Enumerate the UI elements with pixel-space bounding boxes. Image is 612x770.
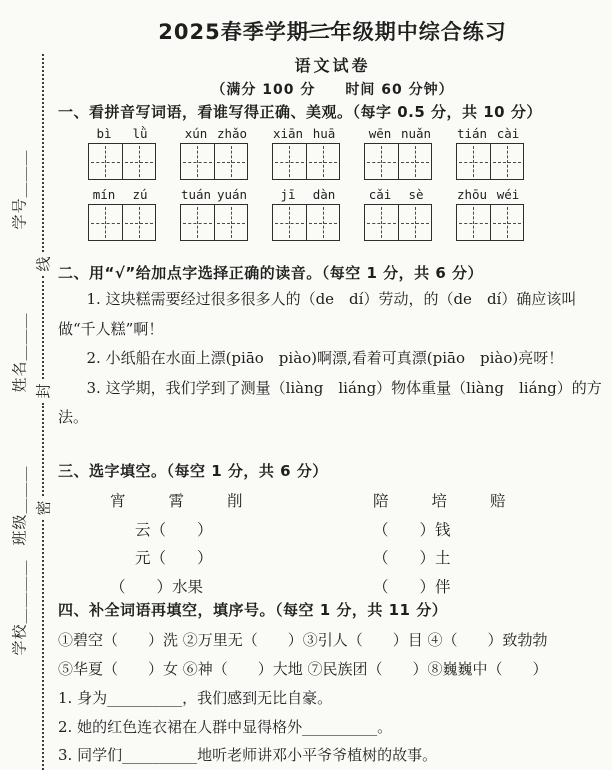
right-choice-chars: 陪 培 赔 bbox=[373, 487, 607, 516]
section2-item-3: 3. 这学期，我们学到了测量（liàng liáng）物体重量（liàng li… bbox=[58, 374, 607, 433]
section2-items: 1. 这块糕需要经过很多很多人的（de dí）劳动，的（de dí）确应该叫做“… bbox=[58, 285, 607, 433]
writing-cell[interactable] bbox=[122, 144, 156, 179]
writing-cell[interactable] bbox=[89, 205, 122, 240]
seal-line-segment bbox=[42, 54, 44, 252]
pinyin-word: bìlǜ bbox=[86, 126, 158, 180]
student-name-field: 姓名＿＿＿ bbox=[9, 283, 30, 423]
choice-char: 培 bbox=[432, 487, 448, 516]
sentence-blank-1: 1. 身为__________，我们感到无比自豪。 bbox=[58, 684, 607, 713]
pinyin-word: jīdàn bbox=[270, 187, 342, 241]
seal-char-xian: 线 bbox=[32, 256, 54, 271]
pinyin-word: tiáncài bbox=[454, 126, 526, 180]
writing-cell[interactable] bbox=[306, 144, 340, 179]
writing-grid[interactable] bbox=[364, 143, 432, 180]
writing-grid[interactable] bbox=[456, 143, 524, 180]
pinyin-grid-row-1: bìlǜ xúnzhǎo xiānhuā wēnnuǎn tiáncài bbox=[86, 126, 526, 180]
pinyin-word: zhōuwéi bbox=[454, 187, 526, 241]
pinyin-label: jīdàn bbox=[270, 187, 342, 202]
writing-grid[interactable] bbox=[272, 204, 340, 241]
section1-heading: 一、看拼音写词语，看谁写得正确、美观。（每字 0.5 分，共 10 分） bbox=[58, 101, 542, 122]
section3-heading: 三、选字填空。（每空 1 分，共 6 分） bbox=[58, 460, 328, 481]
pinyin-label: tiáncài bbox=[454, 126, 526, 141]
writing-cell[interactable] bbox=[181, 144, 214, 179]
seal-line-segment bbox=[42, 276, 44, 379]
choice-char: 赔 bbox=[490, 487, 506, 516]
pinyin-word: cǎisè bbox=[362, 187, 434, 241]
pinyin-word: xiānhuā bbox=[270, 126, 342, 180]
writing-cell[interactable] bbox=[122, 205, 156, 240]
seal-line-segment bbox=[42, 520, 44, 770]
sentence-blank-2: 2. 她的红色连衣裙在人群中显得格外__________。 bbox=[58, 713, 607, 742]
choice-char: 削 bbox=[227, 487, 243, 516]
section3-body: 宵 霄 削 陪 培 赔 云（ ） （ ）钱 元（ ） （ ）土 （ ）水 bbox=[58, 487, 607, 601]
title-struck-grade: 二 bbox=[309, 16, 331, 46]
pinyin-grid-row-2: mínzú tuányuán jīdàn cǎisè zhōuwéi bbox=[86, 187, 526, 241]
fill-blank-left: （ ）水果 bbox=[58, 573, 373, 602]
seal-line: 线 封 密 bbox=[41, 54, 45, 770]
pinyin-label: xiānhuā bbox=[270, 126, 342, 141]
writing-cell[interactable] bbox=[214, 205, 248, 240]
section2-item-2: 2. 小纸船在水面上漂(piāo piào)啊漂,看着可真漂(piāo piào… bbox=[58, 344, 607, 374]
fill-blank-row: （ ）水果 （ ）伴 bbox=[58, 573, 607, 602]
fill-blank-right: （ ）伴 bbox=[373, 573, 607, 602]
writing-cell[interactable] bbox=[398, 144, 432, 179]
choice-char: 陪 bbox=[373, 487, 389, 516]
writing-cell[interactable] bbox=[490, 144, 524, 179]
writing-grid[interactable] bbox=[272, 143, 340, 180]
pinyin-word: tuányuán bbox=[178, 187, 250, 241]
choice-char: 宵 bbox=[110, 487, 126, 516]
writing-cell[interactable] bbox=[490, 205, 524, 240]
seal-line-segment bbox=[42, 403, 44, 496]
section2-heading: 二、用“√”给加点字选择正确的读音。（每空 1 分，共 6 分） bbox=[58, 262, 483, 283]
choice-characters-row: 宵 霄 削 陪 培 赔 bbox=[58, 487, 607, 516]
pinyin-label: zhōuwéi bbox=[454, 187, 526, 202]
writing-cell[interactable] bbox=[457, 205, 490, 240]
writing-grid[interactable] bbox=[364, 204, 432, 241]
student-id-field: 学号＿＿＿ bbox=[9, 120, 30, 260]
writing-grid[interactable] bbox=[180, 204, 248, 241]
pinyin-label: bìlǜ bbox=[86, 126, 158, 141]
page-title: 2025春季学期二年级期中综合练习 bbox=[58, 16, 607, 46]
seal-char-feng: 封 bbox=[32, 383, 54, 398]
fill-blank-row: 云（ ） （ ）钱 bbox=[58, 516, 607, 545]
writing-grid[interactable] bbox=[88, 204, 156, 241]
pinyin-label: tuányuán bbox=[178, 187, 250, 202]
writing-grid[interactable] bbox=[88, 143, 156, 180]
choice-char: 霄 bbox=[169, 487, 185, 516]
fill-blank-right: （ ）钱 bbox=[373, 516, 607, 545]
seal-char-mi: 密 bbox=[32, 500, 54, 515]
writing-cell[interactable] bbox=[273, 205, 306, 240]
writing-cell[interactable] bbox=[181, 205, 214, 240]
title-suffix: 年级期中综合练习 bbox=[331, 20, 507, 44]
fill-blank-row: 元（ ） （ ）土 bbox=[58, 544, 607, 573]
section4-fill-lines: 1. 身为__________，我们感到无比自豪。 2. 她的红色连衣裙在人群中… bbox=[58, 684, 607, 770]
subject-subtitle: 语文试卷 bbox=[58, 53, 607, 76]
pinyin-word: mínzú bbox=[86, 187, 158, 241]
writing-cell[interactable] bbox=[457, 144, 490, 179]
section2-item-1: 1. 这块糕需要经过很多很多人的（de dí）劳动，的（de dí）确应该叫做“… bbox=[58, 285, 607, 344]
pinyin-word: xúnzhǎo bbox=[178, 126, 250, 180]
writing-cell[interactable] bbox=[89, 144, 122, 179]
pinyin-label: xúnzhǎo bbox=[178, 126, 250, 141]
pinyin-label: cǎisè bbox=[362, 187, 434, 202]
writing-cell[interactable] bbox=[214, 144, 248, 179]
left-choice-chars: 宵 霄 削 bbox=[58, 487, 373, 516]
fill-blank-right: （ ）土 bbox=[373, 544, 607, 573]
fill-blank-left: 云（ ） bbox=[58, 516, 373, 545]
writing-cell[interactable] bbox=[273, 144, 306, 179]
sentence-blank-3: 3. 同学们__________地听老师讲邓小平爷爷植树的故事。 bbox=[58, 741, 607, 770]
fill-blank-left: 元（ ） bbox=[58, 544, 373, 573]
pinyin-label: wēnnuǎn bbox=[362, 126, 434, 141]
section4-heading: 四、补全词语再填空，填序号。（每空 1 分，共 11 分） bbox=[58, 599, 447, 620]
score-time-meta: （满分 100 分 时间 60 分钟） bbox=[58, 79, 607, 99]
pinyin-label: mínzú bbox=[86, 187, 158, 202]
school-field: 学校＿＿＿＿ bbox=[9, 538, 30, 678]
section4-idiom-lines: ①碧空（ ）洗 ②万里无（ ）③引人（ ）目 ④（ ）致勃勃 ⑤华夏（ ）女 ⑥… bbox=[58, 626, 607, 683]
exam-sheet: 学号＿＿＿ 姓名＿＿＿ 班级＿＿＿ 学校＿＿＿＿ 线 封 密 2025春季学期二… bbox=[0, 0, 612, 770]
writing-grid[interactable] bbox=[180, 143, 248, 180]
writing-cell[interactable] bbox=[365, 205, 398, 240]
idiom-line-2: ⑤华夏（ ）女 ⑥神（ ）大地 ⑦民族团（ ）⑧巍巍中（ ） bbox=[58, 655, 607, 684]
writing-cell[interactable] bbox=[306, 205, 340, 240]
idiom-line-1: ①碧空（ ）洗 ②万里无（ ）③引人（ ）目 ④（ ）致勃勃 bbox=[58, 626, 607, 655]
writing-cell[interactable] bbox=[398, 205, 432, 240]
writing-grid[interactable] bbox=[456, 204, 524, 241]
writing-cell[interactable] bbox=[365, 144, 398, 179]
title-prefix: 2025春季学期 bbox=[158, 20, 308, 44]
pinyin-word: wēnnuǎn bbox=[362, 126, 434, 180]
